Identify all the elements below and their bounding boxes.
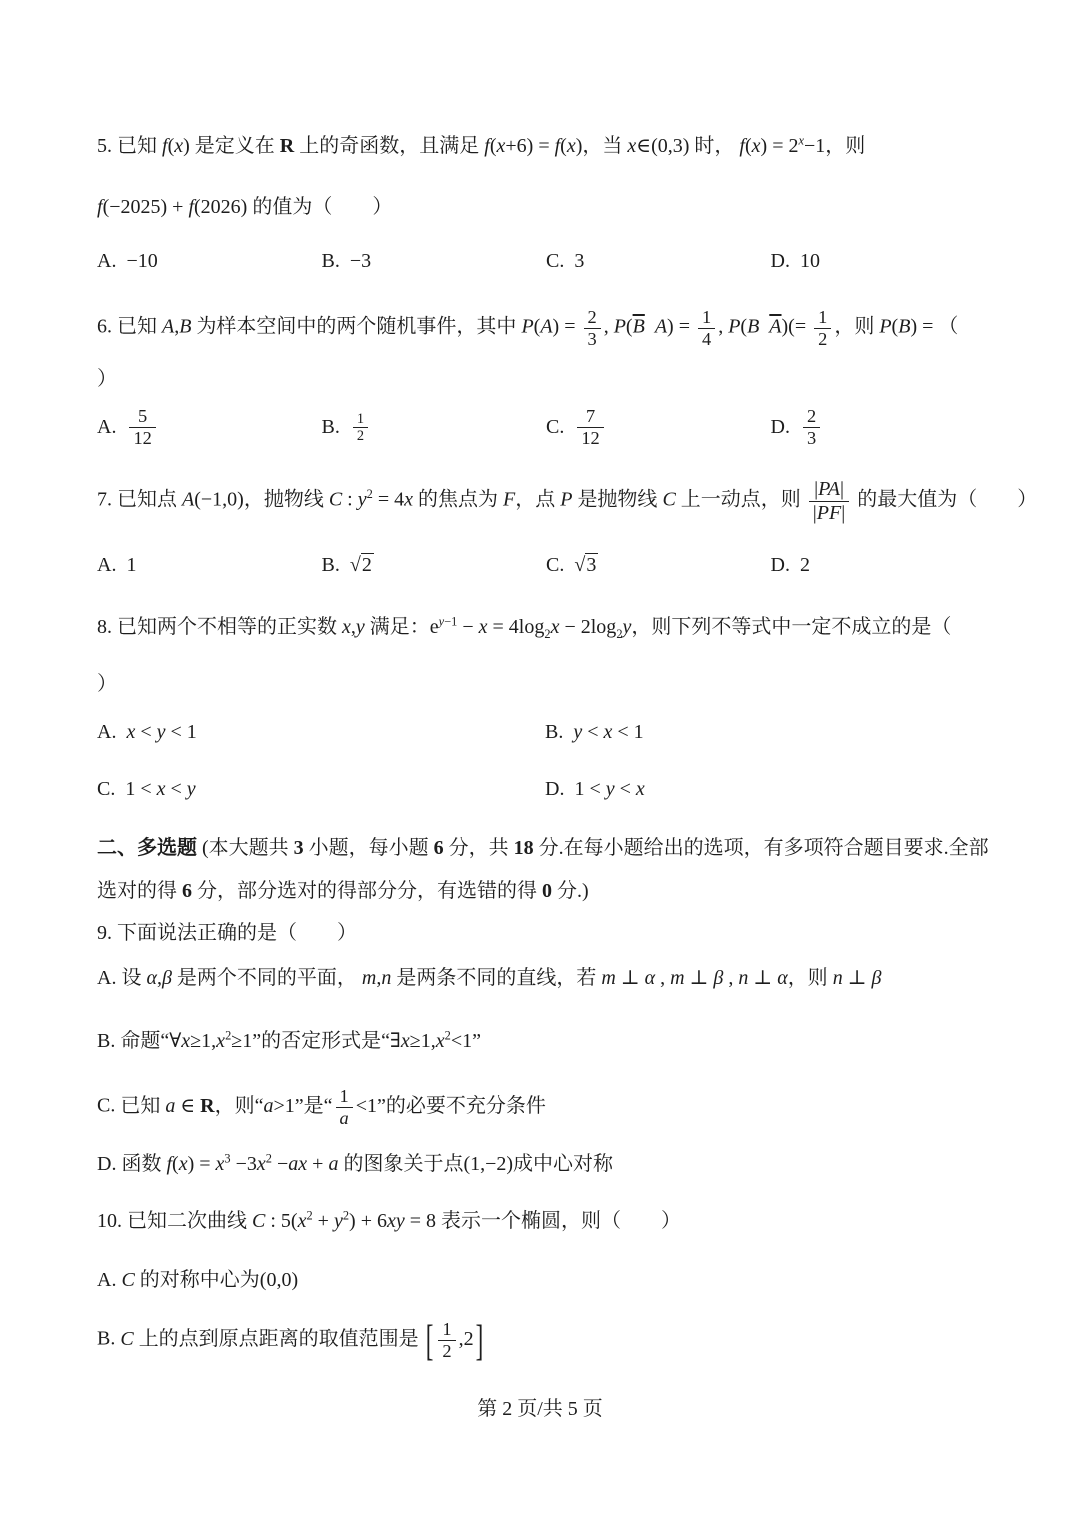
question-7-option-c: C.√3 [546,554,771,577]
exam-page: 5. 已知 f(x) 是定义在 R 上的奇函数，且满足 f(x+6) = f(x… [0,0,1080,1528]
option-label: A. [97,416,116,439]
option-label: B. [322,250,340,273]
option-value: 712 [574,406,606,448]
option-label: C. [546,250,564,273]
option-value: 2 [800,554,810,577]
question-7-option-a: A.1 [97,554,322,577]
option-label: C. [546,416,564,439]
question-8-options-row1: A.x < y < 1 B.y < x < 1 [97,721,995,744]
question-9-option-c: C. 已知 a ∈ R，则“a>1”是“1a<1”的必要不充分条件 [97,1086,995,1128]
option-label: B. [97,1328,115,1350]
option-label: C. [97,1095,115,1117]
option-label: A. [97,1269,116,1291]
option-label: D. [771,250,790,273]
question-9-text: 9. 下面说法正确的是（ ） [97,919,995,948]
question-6-option-d: D.23 [771,406,996,448]
option-label: A. [97,967,116,989]
option-value: 23 [800,406,823,448]
question-8-text-line1: 8. 已知两个不相等的正实数 x,y 满足：ey−1 − x = 4log2x … [97,613,995,644]
option-label: A. [97,721,116,744]
question-7-option-b: B.√2 [322,554,547,577]
question-6: 6. 已知 A,B 为样本空间中的两个随机事件，其中 P(A) = 23, P(… [97,307,995,448]
question-8-option-b: B.y < x < 1 [545,721,993,744]
option-value: 3 [574,250,584,273]
question-7-option-d: D.2 [771,554,996,577]
question-5-option-c: C.3 [546,250,771,273]
option-value: C 的对称中心为(0,0) [121,1269,298,1291]
question-7: 7. 已知点 A(−1,0)，抛物线 C : y2 = 4x 的焦点为 F，点 … [97,478,995,577]
option-value: 设 α,β 是两个不同的平面， m,n 是两条不同的直线，若 m ⊥ α , m… [121,967,881,989]
question-10-option-b: B. C 上的点到原点距离的取值范围是 [12,2] [97,1319,995,1361]
option-value: y < x < 1 [573,721,643,744]
question-8-options-row2: C.1 < x < y D.1 < y < x [97,778,995,801]
option-value: C 上的点到原点距离的取值范围是 [12,2] [120,1328,485,1350]
option-label: B. [322,416,340,439]
question-8-option-d: D.1 < y < x [545,778,993,801]
option-value: 命题“∀x≥1,x2≥1”的否定形式是“∃x≥1,x2<1” [120,1030,481,1052]
question-5-text-line2: f(−2025) + f(2026) 的值为（ ） [97,193,995,222]
option-value: 1 [126,554,136,577]
section-2-header: 二、多选题 (本大题共 3 小题，每小题 6 分，共 18 分.在每小题给出的选… [97,827,995,913]
option-label: D. [97,1153,116,1175]
page-number: 第 2 页/共 5 页 [0,1392,1080,1421]
question-10-text: 10. 已知二次曲线 C : 5(x2 + y2) + 6xy = 8 表示一个… [97,1207,995,1236]
question-7-text: 7. 已知点 A(−1,0)，抛物线 C : y2 = 4x 的焦点为 F，点 … [97,478,995,524]
question-10-option-a: A. C 的对称中心为(0,0) [97,1266,995,1295]
option-value: 512 [126,406,158,448]
option-value: x < y < 1 [126,721,196,744]
option-value: 12 [350,411,371,444]
question-7-options: A.1 B.√2 C.√3 D.2 [97,554,995,577]
question-6-close-paren: ） [97,365,995,394]
option-value: 函数 f(x) = x3 −3x2 −ax + a 的图象关于点(1,−2)成中… [121,1153,613,1175]
option-value: −3 [350,250,371,273]
question-5-option-a: A.−10 [97,250,322,273]
question-5-text-line1: 5. 已知 f(x) 是定义在 R 上的奇函数，且满足 f(x+6) = f(x… [97,132,995,161]
option-label: C. [546,554,564,577]
option-value: 1 < y < x [574,778,644,801]
question-8: 8. 已知两个不相等的正实数 x,y 满足：ey−1 − x = 4log2x … [97,613,995,801]
question-6-option-a: A.512 [97,406,322,448]
option-value: 1 < x < y [125,778,195,801]
option-label: B. [545,721,563,744]
question-6-text-line1: 6. 已知 A,B 为样本空间中的两个随机事件，其中 P(A) = 23, P(… [97,307,995,349]
question-10: 10. 已知二次曲线 C : 5(x2 + y2) + 6xy = 8 表示一个… [97,1207,995,1361]
option-label: D. [771,554,790,577]
question-9-option-d: D. 函数 f(x) = x3 −3x2 −ax + a 的图象关于点(1,−2… [97,1150,995,1179]
question-6-option-c: C.712 [546,406,771,448]
option-label: B. [322,554,340,577]
option-label: A. [97,250,116,273]
question-8-close-paren: ） [97,670,995,699]
option-label: B. [97,1030,115,1052]
option-value: 10 [800,250,820,273]
option-label: D. [771,416,790,439]
option-value: √3 [574,554,598,577]
question-9-option-b: B. 命题“∀x≥1,x2≥1”的否定形式是“∃x≥1,x2<1” [97,1027,995,1056]
question-5-options: A.−10 B.−3 C.3 D.10 [97,250,995,273]
question-8-option-a: A.x < y < 1 [97,721,545,744]
question-5-option-d: D.10 [771,250,996,273]
option-label: A. [97,554,116,577]
question-6-option-b: B.12 [322,411,547,444]
question-6-options: A.512 B.12 C.712 D.23 [97,406,995,448]
question-9-option-a: A. 设 α,β 是两个不同的平面， m,n 是两条不同的直线，若 m ⊥ α … [97,964,995,993]
option-value: √2 [350,554,374,577]
option-label: D. [545,778,564,801]
question-8-option-c: C.1 < x < y [97,778,545,801]
option-value: 已知 a ∈ R，则“a>1”是“1a<1”的必要不充分条件 [120,1095,546,1117]
option-value: −10 [126,250,157,273]
option-label: C. [97,778,115,801]
question-5-option-b: B.−3 [322,250,547,273]
question-9: 9. 下面说法正确的是（ ） A. 设 α,β 是两个不同的平面， m,n 是两… [97,919,995,1179]
question-5: 5. 已知 f(x) 是定义在 R 上的奇函数，且满足 f(x+6) = f(x… [97,132,995,273]
